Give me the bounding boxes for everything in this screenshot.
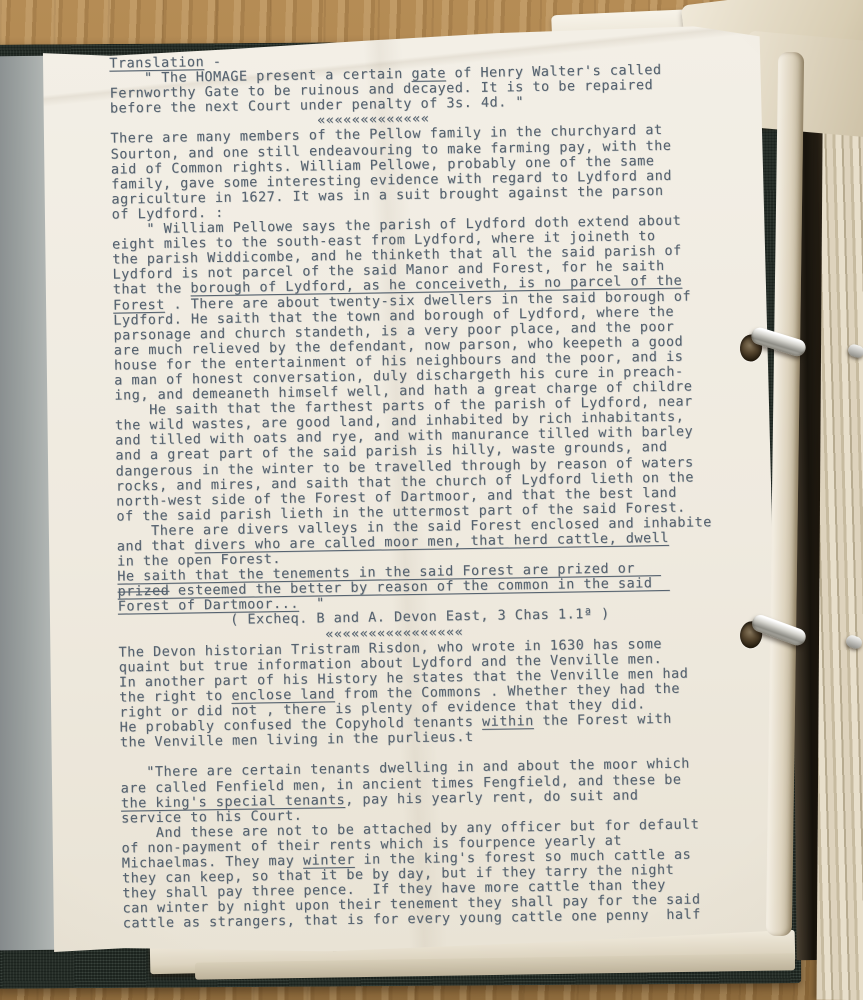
text-segment: the Forest with bbox=[534, 711, 672, 729]
text-segment bbox=[120, 750, 129, 766]
document-page: Translation - " The HOMAGE present a cer… bbox=[37, 24, 781, 955]
text-segment: within bbox=[482, 713, 534, 730]
text-segment: gate bbox=[411, 65, 446, 82]
photo-of-binder-page: Translation - " The HOMAGE present a cer… bbox=[0, 0, 863, 1000]
text-segment: - bbox=[204, 54, 222, 70]
binder-ring-bottom bbox=[729, 607, 816, 667]
typewritten-text: Translation - " The HOMAGE present a cer… bbox=[37, 24, 781, 955]
binder-ring-top bbox=[730, 321, 815, 377]
text-segment: " bbox=[299, 596, 325, 612]
right-page-bundle bbox=[817, 0, 863, 1000]
